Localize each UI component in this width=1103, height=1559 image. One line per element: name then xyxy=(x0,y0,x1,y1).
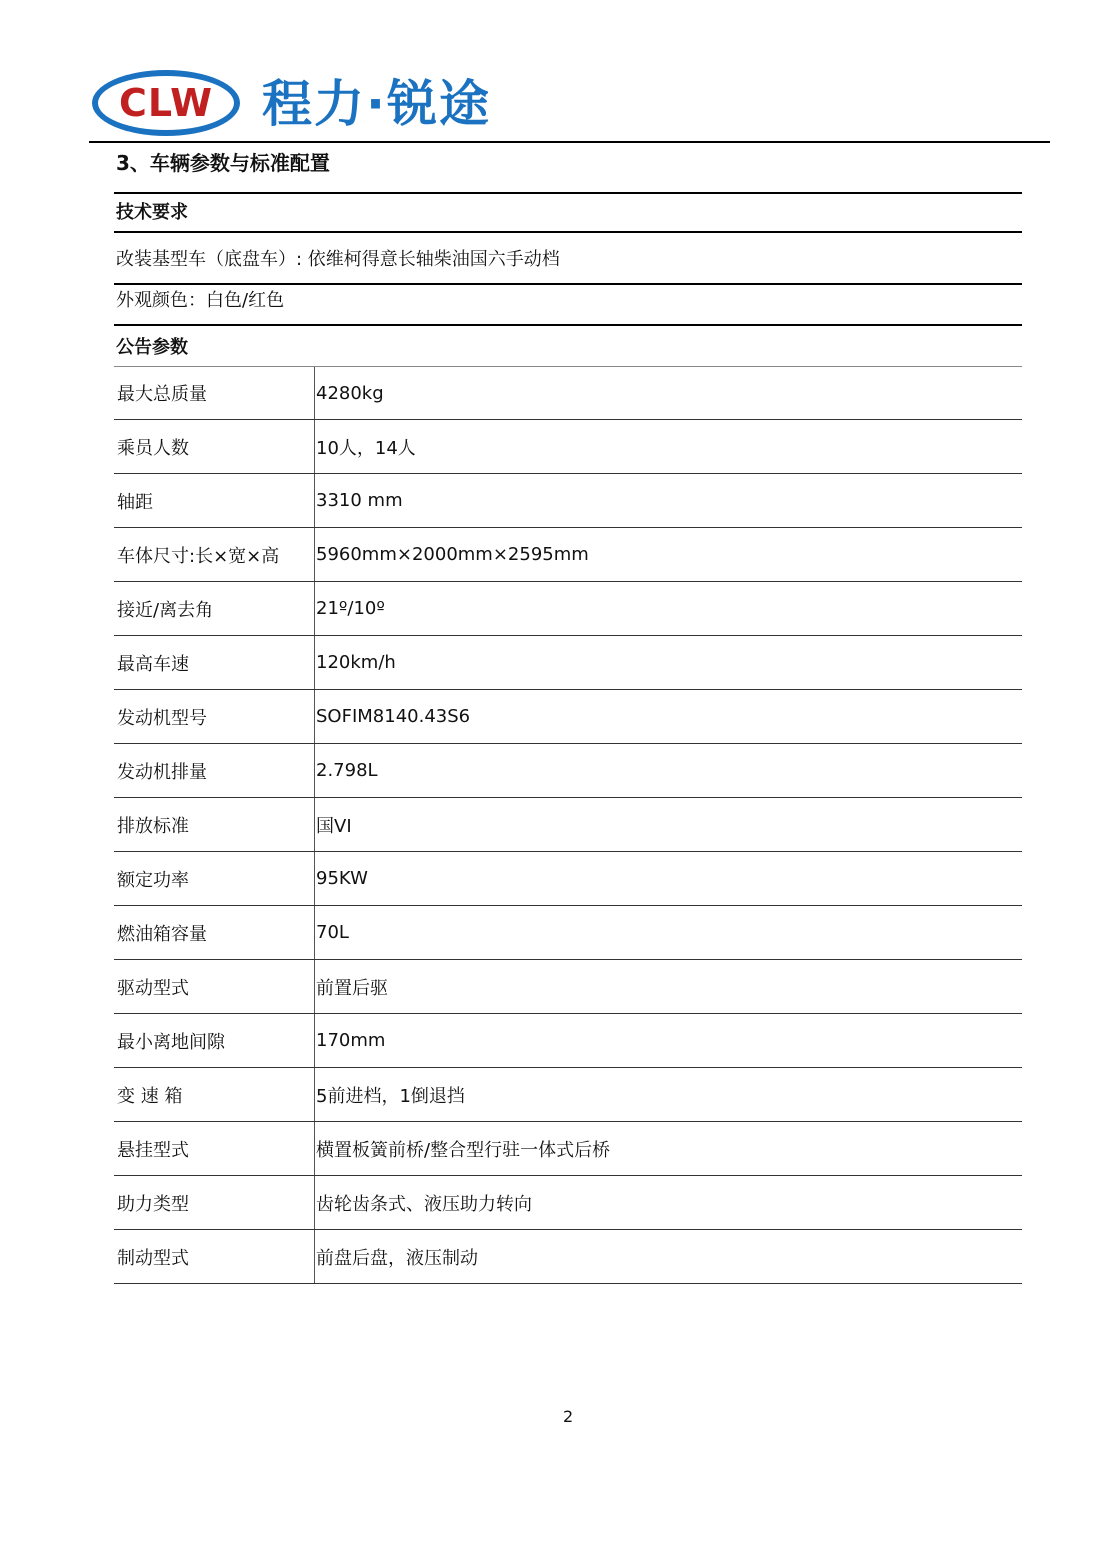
table-row: 车体尺寸:长×宽×高5960mm×2000mm×2595mm xyxy=(114,528,1022,582)
spec-value: 5960mm×2000mm×2595mm xyxy=(314,528,1022,581)
table-row: 最高车速120km/h xyxy=(114,636,1022,690)
table-row: 助力类型齿轮齿条式、液压助力转向 xyxy=(114,1176,1022,1230)
spec-label: 乘员人数 xyxy=(114,420,314,473)
spec-value: 横置板簧前桥/整合型行驻一体式后桥 xyxy=(314,1122,1022,1175)
section-title: 3、车辆参数与标准配置 xyxy=(116,148,330,178)
specs-table: 最大总质量4280kg乘员人数10人，14人轴距3310 mm车体尺寸:长×宽×… xyxy=(114,366,1022,1284)
spec-label: 轴距 xyxy=(114,474,314,527)
table-row: 发动机排量2.798L xyxy=(114,744,1022,798)
spec-label: 制动型式 xyxy=(114,1230,314,1283)
spec-label: 变 速 箱 xyxy=(114,1068,314,1121)
table-row: 接近/离去角21º/10º xyxy=(114,582,1022,636)
spec-value: 国VI xyxy=(314,798,1022,851)
page-number: 2 xyxy=(563,1407,573,1426)
announcement-heading: 公告参数 xyxy=(116,335,188,361)
spec-label: 发动机型号 xyxy=(114,690,314,743)
spec-value: 齿轮齿条式、液压助力转向 xyxy=(314,1176,1022,1229)
spec-value: 前置后驱 xyxy=(314,960,1022,1013)
logo-mark: CLW xyxy=(92,70,240,136)
spec-value: 21º/10º xyxy=(314,582,1022,635)
table-row: 额定功率95KW xyxy=(114,852,1022,906)
spec-label: 驱动型式 xyxy=(114,960,314,1013)
divider xyxy=(114,324,1022,326)
table-row: 驱动型式前置后驱 xyxy=(114,960,1022,1014)
spec-value: 5前进档，1倒退挡 xyxy=(314,1068,1022,1121)
tech-requirements-heading: 技术要求 xyxy=(116,200,188,226)
spec-value: 170mm xyxy=(314,1014,1022,1067)
spec-value: 4280kg xyxy=(314,367,1022,419)
spec-value: SOFIM8140.43S6 xyxy=(314,690,1022,743)
table-row: 排放标准国VI xyxy=(114,798,1022,852)
spec-label: 额定功率 xyxy=(114,852,314,905)
table-row: 轴距3310 mm xyxy=(114,474,1022,528)
divider xyxy=(114,283,1022,285)
spec-label: 悬挂型式 xyxy=(114,1122,314,1175)
spec-label: 最小离地间隙 xyxy=(114,1014,314,1067)
spec-label: 接近/离去角 xyxy=(114,582,314,635)
spec-label: 助力类型 xyxy=(114,1176,314,1229)
brand-logo: CLW 程力·锐途 xyxy=(92,70,552,140)
spec-value: 120km/h xyxy=(314,636,1022,689)
base-vehicle-text: 改装基型车（底盘车）: 依维柯得意长轴柴油国六手动档 xyxy=(116,247,560,273)
table-row: 燃油箱容量70L xyxy=(114,906,1022,960)
spec-value: 前盘后盘，液压制动 xyxy=(314,1230,1022,1283)
table-row: 变 速 箱5前进档，1倒退挡 xyxy=(114,1068,1022,1122)
table-row: 悬挂型式横置板簧前桥/整合型行驻一体式后桥 xyxy=(114,1122,1022,1176)
spec-label: 燃油箱容量 xyxy=(114,906,314,959)
spec-value: 10人，14人 xyxy=(314,420,1022,473)
spec-label: 发动机排量 xyxy=(114,744,314,797)
spec-label: 排放标准 xyxy=(114,798,314,851)
table-row: 乘员人数10人，14人 xyxy=(114,420,1022,474)
logo-text: 程力·锐途 xyxy=(262,74,491,134)
table-row: 发动机型号SOFIM8140.43S6 xyxy=(114,690,1022,744)
spec-value: 95KW xyxy=(314,852,1022,905)
spec-label: 最大总质量 xyxy=(114,367,314,419)
spec-value: 70L xyxy=(314,906,1022,959)
spec-label: 最高车速 xyxy=(114,636,314,689)
divider xyxy=(114,231,1022,233)
table-row: 最大总质量4280kg xyxy=(114,366,1022,420)
table-row: 制动型式前盘后盘，液压制动 xyxy=(114,1230,1022,1284)
spec-value: 2.798L xyxy=(314,744,1022,797)
exterior-color-text: 外观颜色：白色/红色 xyxy=(116,288,284,314)
header-divider xyxy=(89,141,1050,143)
divider xyxy=(114,192,1022,194)
table-row: 最小离地间隙170mm xyxy=(114,1014,1022,1068)
spec-label: 车体尺寸:长×宽×高 xyxy=(114,528,314,581)
spec-value: 3310 mm xyxy=(314,474,1022,527)
